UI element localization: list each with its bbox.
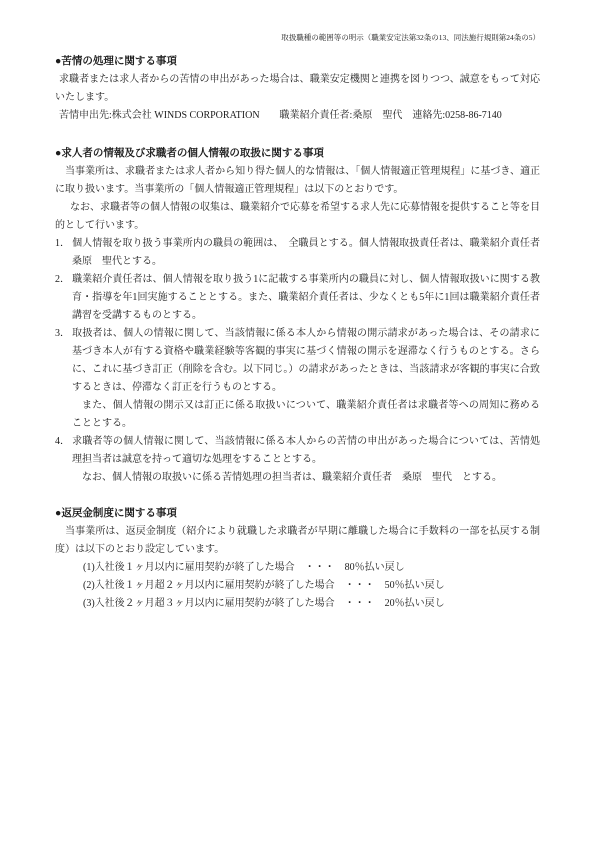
section-personal-info: ●求人者の情報及び求職者の個人情報の取扱に関する事項 当事業所は、求職者または求…	[55, 145, 540, 487]
list-item-2-text: 職業紹介責任者は、個人情報を取り扱う1に記載する事業所内の職員に対し、個人情報取…	[72, 274, 540, 321]
list-item-2-number: 2．	[55, 271, 72, 289]
complaints-body-paragraph: 求職者または求人者からの苦情の申出があった場合は、職業安定機関と連携を図りつつ、…	[55, 71, 540, 107]
section-complaints: ●苦情の処理に関する事項 求職者または求人者からの苦情の申出があった場合は、職業…	[55, 53, 540, 125]
list-item-1-text: 個人情報を取り扱う事業所内の職員の範囲は、 全職員とする。個人情報取扱責任者は、…	[72, 238, 550, 267]
list-item-4-text: 求職者等の個人情報に関して、当該情報に係る本人からの苦情の申出があった場合につい…	[72, 436, 540, 465]
list-item-3-subparagraph: また、個人情報の開示又は訂正に係る取扱いについて、職業紹介責任者は求職者等への周…	[55, 397, 540, 433]
refund-intro-paragraph: 当事業所は、返戻金制度（紹介により就職した求職者が早期に離職した場合に手数料の一…	[55, 523, 540, 559]
section-refund-heading: ●返戻金制度に関する事項	[55, 505, 540, 523]
section-complaints-heading: ●苦情の処理に関する事項	[55, 53, 540, 71]
list-item-1-number: 1．	[55, 235, 72, 253]
list-item-3: 3．取扱者は、個人の情報に関して、当該情報に係る本人から情報の開示請求があった場…	[55, 325, 540, 397]
list-item-4-number: 4．	[55, 433, 72, 451]
list-item-2: 2．職業紹介責任者は、個人情報を取り扱う1に記載する事業所内の職員に対し、個人情…	[55, 271, 540, 325]
personal-info-intro-paragraph: 当事業所は、求職者または求人者から知り得た個人的な情報は、「個人情報適正管理規程…	[55, 163, 540, 199]
legal-reference-note: 取扱職種の範囲等の明示（職業安定法第32条の13、同法施行規則第24条の5）	[55, 33, 540, 43]
section-personal-info-heading: ●求人者の情報及び求職者の個人情報の取扱に関する事項	[55, 145, 540, 163]
section-refund: ●返戻金制度に関する事項 当事業所は、返戻金制度（紹介により就職した求職者が早期…	[55, 505, 540, 613]
list-item-4-subparagraph: なお、個人情報の取扱いに係る苦情処理の担当者は、職業紹介責任者 桑原 聖代 とす…	[55, 469, 540, 487]
list-item-4: 4．求職者等の個人情報に関して、当該情報に係る本人からの苦情の申出があった場合に…	[55, 433, 540, 469]
personal-info-note-paragraph: なお、求職者等の個人情報の収集は、職業紹介で応募を希望する求人先に応募情報を提供…	[55, 199, 540, 235]
list-item-3-text: 取扱者は、個人の情報に関して、当該情報に係る本人から情報の開示請求があった場合は…	[72, 328, 540, 393]
refund-item-3: (3)入社後２ヶ月超３ヶ月以内に雇用契約が終了した場合 ・・・ 20％払い戻し	[55, 595, 540, 613]
document-page: 取扱職種の範囲等の明示（職業安定法第32条の13、同法施行規則第24条の5） ●…	[0, 0, 595, 842]
list-item-3-number: 3．	[55, 325, 72, 343]
list-item-1: 1．個人情報を取り扱う事業所内の職員の範囲は、 全職員とする。個人情報取扱責任者…	[55, 235, 540, 271]
complaints-contact-line: 苦情申出先:株式会社 WINDS CORPORATION 職業紹介責任者:桑原 …	[55, 107, 540, 125]
refund-item-1: (1)入社後１ヶ月以内に雇用契約が終了した場合 ・・・ 80％払い戻し	[55, 559, 540, 577]
refund-item-2: (2)入社後１ヶ月超２ヶ月以内に雇用契約が終了した場合 ・・・ 50％払い戻し	[55, 577, 540, 595]
